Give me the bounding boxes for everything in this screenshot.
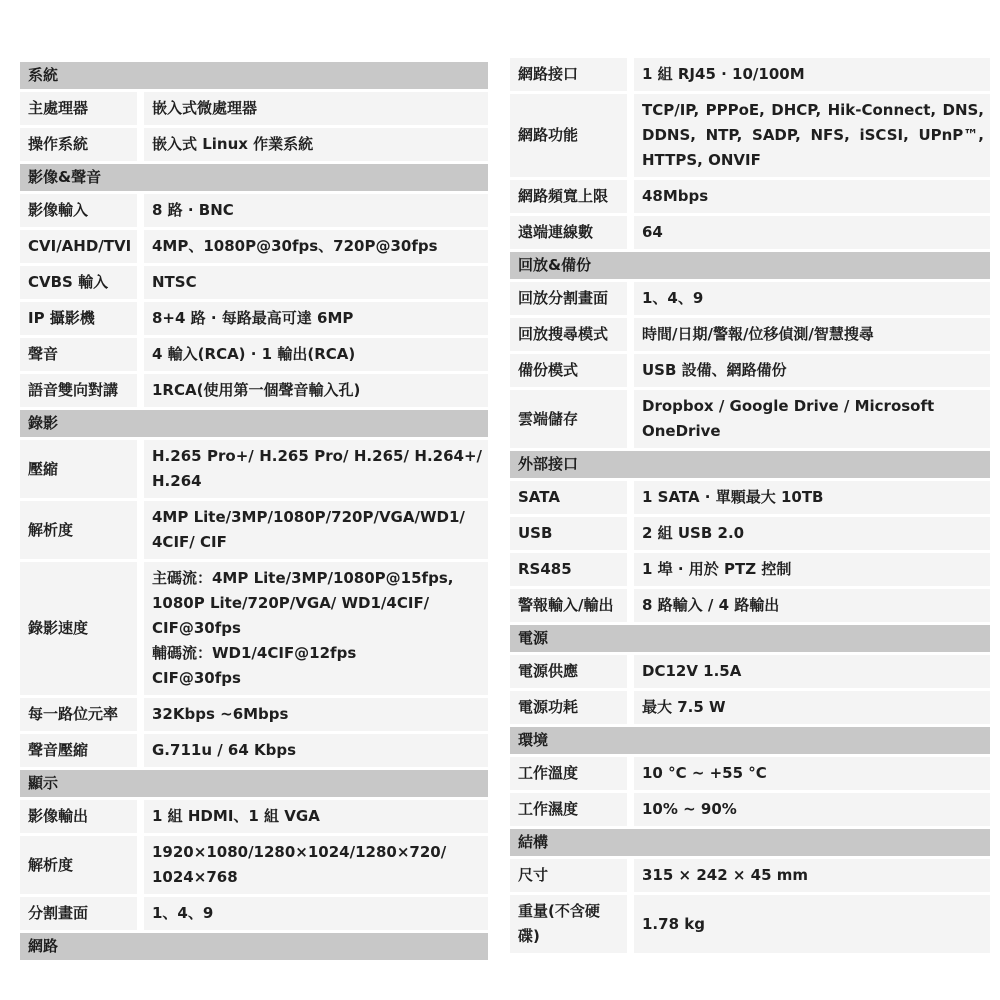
spec-row: 工作濕度10% ~ 90% xyxy=(510,793,990,826)
row-label: 電源功耗 xyxy=(510,691,627,724)
row-label: 工作濕度 xyxy=(510,793,627,826)
row-value: G.711u / 64 Kbps xyxy=(144,734,488,767)
row-label: 語音雙向對講 xyxy=(20,374,137,407)
row-value: 最大 7.5 W xyxy=(634,691,990,724)
spec-row: 聲音4 輸入(RCA) · 1 輸出(RCA) xyxy=(20,338,488,371)
row-value: 4MP Lite/3MP/1080P/720P/VGA/WD1/ 4CIF/ C… xyxy=(144,501,488,559)
row-value: 1 組 RJ45 · 10/100M xyxy=(634,58,990,91)
row-label: 警報輸入/輸出 xyxy=(510,589,627,622)
row-label: CVBS 輸入 xyxy=(20,266,137,299)
row-value: 315 × 242 × 45 mm xyxy=(634,859,990,892)
section-header: 網路 xyxy=(20,933,488,960)
row-label: 雲端儲存 xyxy=(510,390,627,448)
row-label: IP 攝影機 xyxy=(20,302,137,335)
row-value: 1.78 kg xyxy=(634,895,990,953)
row-value: USB 設備、網路備份 xyxy=(634,354,990,387)
row-value: 4MP、1080P@30fps、720P@30fps xyxy=(144,230,488,263)
row-label: 回放搜尋模式 xyxy=(510,318,627,351)
spec-column-right: 網路接口1 組 RJ45 · 10/100M網路功能TCP/IP, PPPoE,… xyxy=(510,58,990,956)
row-value: 48Mbps xyxy=(634,180,990,213)
row-value: 10 °C ~ +55 °C xyxy=(634,757,990,790)
row-label: CVI/AHD/TVI xyxy=(20,230,137,263)
row-label: 分割畫面 xyxy=(20,897,137,930)
spec-row: 操作系統嵌入式 Linux 作業系統 xyxy=(20,128,488,161)
row-label: 影像輸入 xyxy=(20,194,137,227)
row-value: 1 埠 · 用於 PTZ 控制 xyxy=(634,553,990,586)
row-label: 重量(不含硬碟) xyxy=(510,895,627,953)
row-value: 8 路 · BNC xyxy=(144,194,488,227)
spec-row: RS4851 埠 · 用於 PTZ 控制 xyxy=(510,553,990,586)
spec-row: 備份模式USB 設備、網路備份 xyxy=(510,354,990,387)
row-label: 網路功能 xyxy=(510,94,627,177)
spec-row: 工作溫度10 °C ~ +55 °C xyxy=(510,757,990,790)
row-label: 操作系統 xyxy=(20,128,137,161)
row-label: RS485 xyxy=(510,553,627,586)
spec-row: 網路接口1 組 RJ45 · 10/100M xyxy=(510,58,990,91)
row-label: 影像輸出 xyxy=(20,800,137,833)
row-value: H.265 Pro+/ H.265 Pro/ H.265/ H.264+/ H.… xyxy=(144,440,488,498)
row-value: TCP/IP, PPPoE, DHCP, Hik-Connect, DNS, D… xyxy=(634,94,990,177)
row-label: 聲音 xyxy=(20,338,137,371)
spec-row: 遠端連線數64 xyxy=(510,216,990,249)
row-value: DC12V 1.5A xyxy=(634,655,990,688)
row-value: 嵌入式 Linux 作業系統 xyxy=(144,128,488,161)
spec-row: 解析度4MP Lite/3MP/1080P/720P/VGA/WD1/ 4CIF… xyxy=(20,501,488,559)
spec-row: 尺寸315 × 242 × 45 mm xyxy=(510,859,990,892)
spec-row: 回放搜尋模式時間/日期/警報/位移偵測/智慧搜尋 xyxy=(510,318,990,351)
spec-row: 網路功能TCP/IP, PPPoE, DHCP, Hik-Connect, DN… xyxy=(510,94,990,177)
row-value: 32Kbps ~6Mbps xyxy=(144,698,488,731)
row-value: 1、4、9 xyxy=(144,897,488,930)
row-value: 1 SATA · 單顆最大 10TB xyxy=(634,481,990,514)
section-header: 顯示 xyxy=(20,770,488,797)
spec-row: 錄影速度主碼流：4MP Lite/3MP/1080P@15fps, 1080P … xyxy=(20,562,488,695)
spec-row: USB2 組 USB 2.0 xyxy=(510,517,990,550)
row-label: 每一路位元率 xyxy=(20,698,137,731)
section-header: 錄影 xyxy=(20,410,488,437)
spec-row: 分割畫面1、4、9 xyxy=(20,897,488,930)
row-value: Dropbox / Google Drive / Microsoft OneDr… xyxy=(634,390,990,448)
row-label: 壓縮 xyxy=(20,440,137,498)
row-value: 8+4 路 · 每路最高可達 6MP xyxy=(144,302,488,335)
row-label: SATA xyxy=(510,481,627,514)
row-label: 遠端連線數 xyxy=(510,216,627,249)
spec-row: SATA1 SATA · 單顆最大 10TB xyxy=(510,481,990,514)
row-value: 4 輸入(RCA) · 1 輸出(RCA) xyxy=(144,338,488,371)
section-header: 電源 xyxy=(510,625,990,652)
row-label: 錄影速度 xyxy=(20,562,137,695)
spec-row: 聲音壓縮G.711u / 64 Kbps xyxy=(20,734,488,767)
row-value: 64 xyxy=(634,216,990,249)
row-value: 1920×1080/1280×1024/1280×720/ 1024×768 xyxy=(144,836,488,894)
spec-row: 電源功耗最大 7.5 W xyxy=(510,691,990,724)
row-label: 電源供應 xyxy=(510,655,627,688)
section-header: 環境 xyxy=(510,727,990,754)
row-value: 1 組 HDMI、1 組 VGA xyxy=(144,800,488,833)
spec-row: 影像輸入8 路 · BNC xyxy=(20,194,488,227)
spec-row: 主處理器嵌入式微處理器 xyxy=(20,92,488,125)
spec-row: 影像輸出1 組 HDMI、1 組 VGA xyxy=(20,800,488,833)
row-label: 解析度 xyxy=(20,501,137,559)
row-value: 2 組 USB 2.0 xyxy=(634,517,990,550)
spec-column-left: 系統主處理器嵌入式微處理器操作系統嵌入式 Linux 作業系統影像&聲音影像輸入… xyxy=(20,62,488,963)
spec-row: 重量(不含硬碟)1.78 kg xyxy=(510,895,990,953)
row-label: 聲音壓縮 xyxy=(20,734,137,767)
row-value: 1、4、9 xyxy=(634,282,990,315)
spec-row: 壓縮H.265 Pro+/ H.265 Pro/ H.265/ H.264+/ … xyxy=(20,440,488,498)
spec-row: 語音雙向對講1RCA(使用第一個聲音輸入孔) xyxy=(20,374,488,407)
row-value: 1RCA(使用第一個聲音輸入孔) xyxy=(144,374,488,407)
row-label: USB xyxy=(510,517,627,550)
spec-row: 回放分割畫面1、4、9 xyxy=(510,282,990,315)
spec-row: 雲端儲存Dropbox / Google Drive / Microsoft O… xyxy=(510,390,990,448)
spec-row: CVBS 輸入NTSC xyxy=(20,266,488,299)
row-label: 解析度 xyxy=(20,836,137,894)
row-value: 嵌入式微處理器 xyxy=(144,92,488,125)
row-label: 尺寸 xyxy=(510,859,627,892)
row-value: 時間/日期/警報/位移偵測/智慧搜尋 xyxy=(634,318,990,351)
row-value: 8 路輸入 / 4 路輸出 xyxy=(634,589,990,622)
section-header: 影像&聲音 xyxy=(20,164,488,191)
row-label: 工作溫度 xyxy=(510,757,627,790)
row-label: 回放分割畫面 xyxy=(510,282,627,315)
spec-row: 警報輸入/輸出8 路輸入 / 4 路輸出 xyxy=(510,589,990,622)
spec-sheet: 系統主處理器嵌入式微處理器操作系統嵌入式 Linux 作業系統影像&聲音影像輸入… xyxy=(0,0,1000,1000)
row-label: 網路頻寬上限 xyxy=(510,180,627,213)
spec-row: IP 攝影機8+4 路 · 每路最高可達 6MP xyxy=(20,302,488,335)
section-header: 回放&備份 xyxy=(510,252,990,279)
row-label: 網路接口 xyxy=(510,58,627,91)
row-value: 主碼流：4MP Lite/3MP/1080P@15fps, 1080P Lite… xyxy=(144,562,488,695)
spec-row: 電源供應DC12V 1.5A xyxy=(510,655,990,688)
row-value: NTSC xyxy=(144,266,488,299)
section-header: 結構 xyxy=(510,829,990,856)
section-header: 外部接口 xyxy=(510,451,990,478)
row-label: 主處理器 xyxy=(20,92,137,125)
section-header: 系統 xyxy=(20,62,488,89)
spec-row: CVI/AHD/TVI4MP、1080P@30fps、720P@30fps xyxy=(20,230,488,263)
spec-row: 解析度1920×1080/1280×1024/1280×720/ 1024×76… xyxy=(20,836,488,894)
spec-row: 每一路位元率32Kbps ~6Mbps xyxy=(20,698,488,731)
row-label: 備份模式 xyxy=(510,354,627,387)
spec-row: 網路頻寬上限48Mbps xyxy=(510,180,990,213)
row-value: 10% ~ 90% xyxy=(634,793,990,826)
